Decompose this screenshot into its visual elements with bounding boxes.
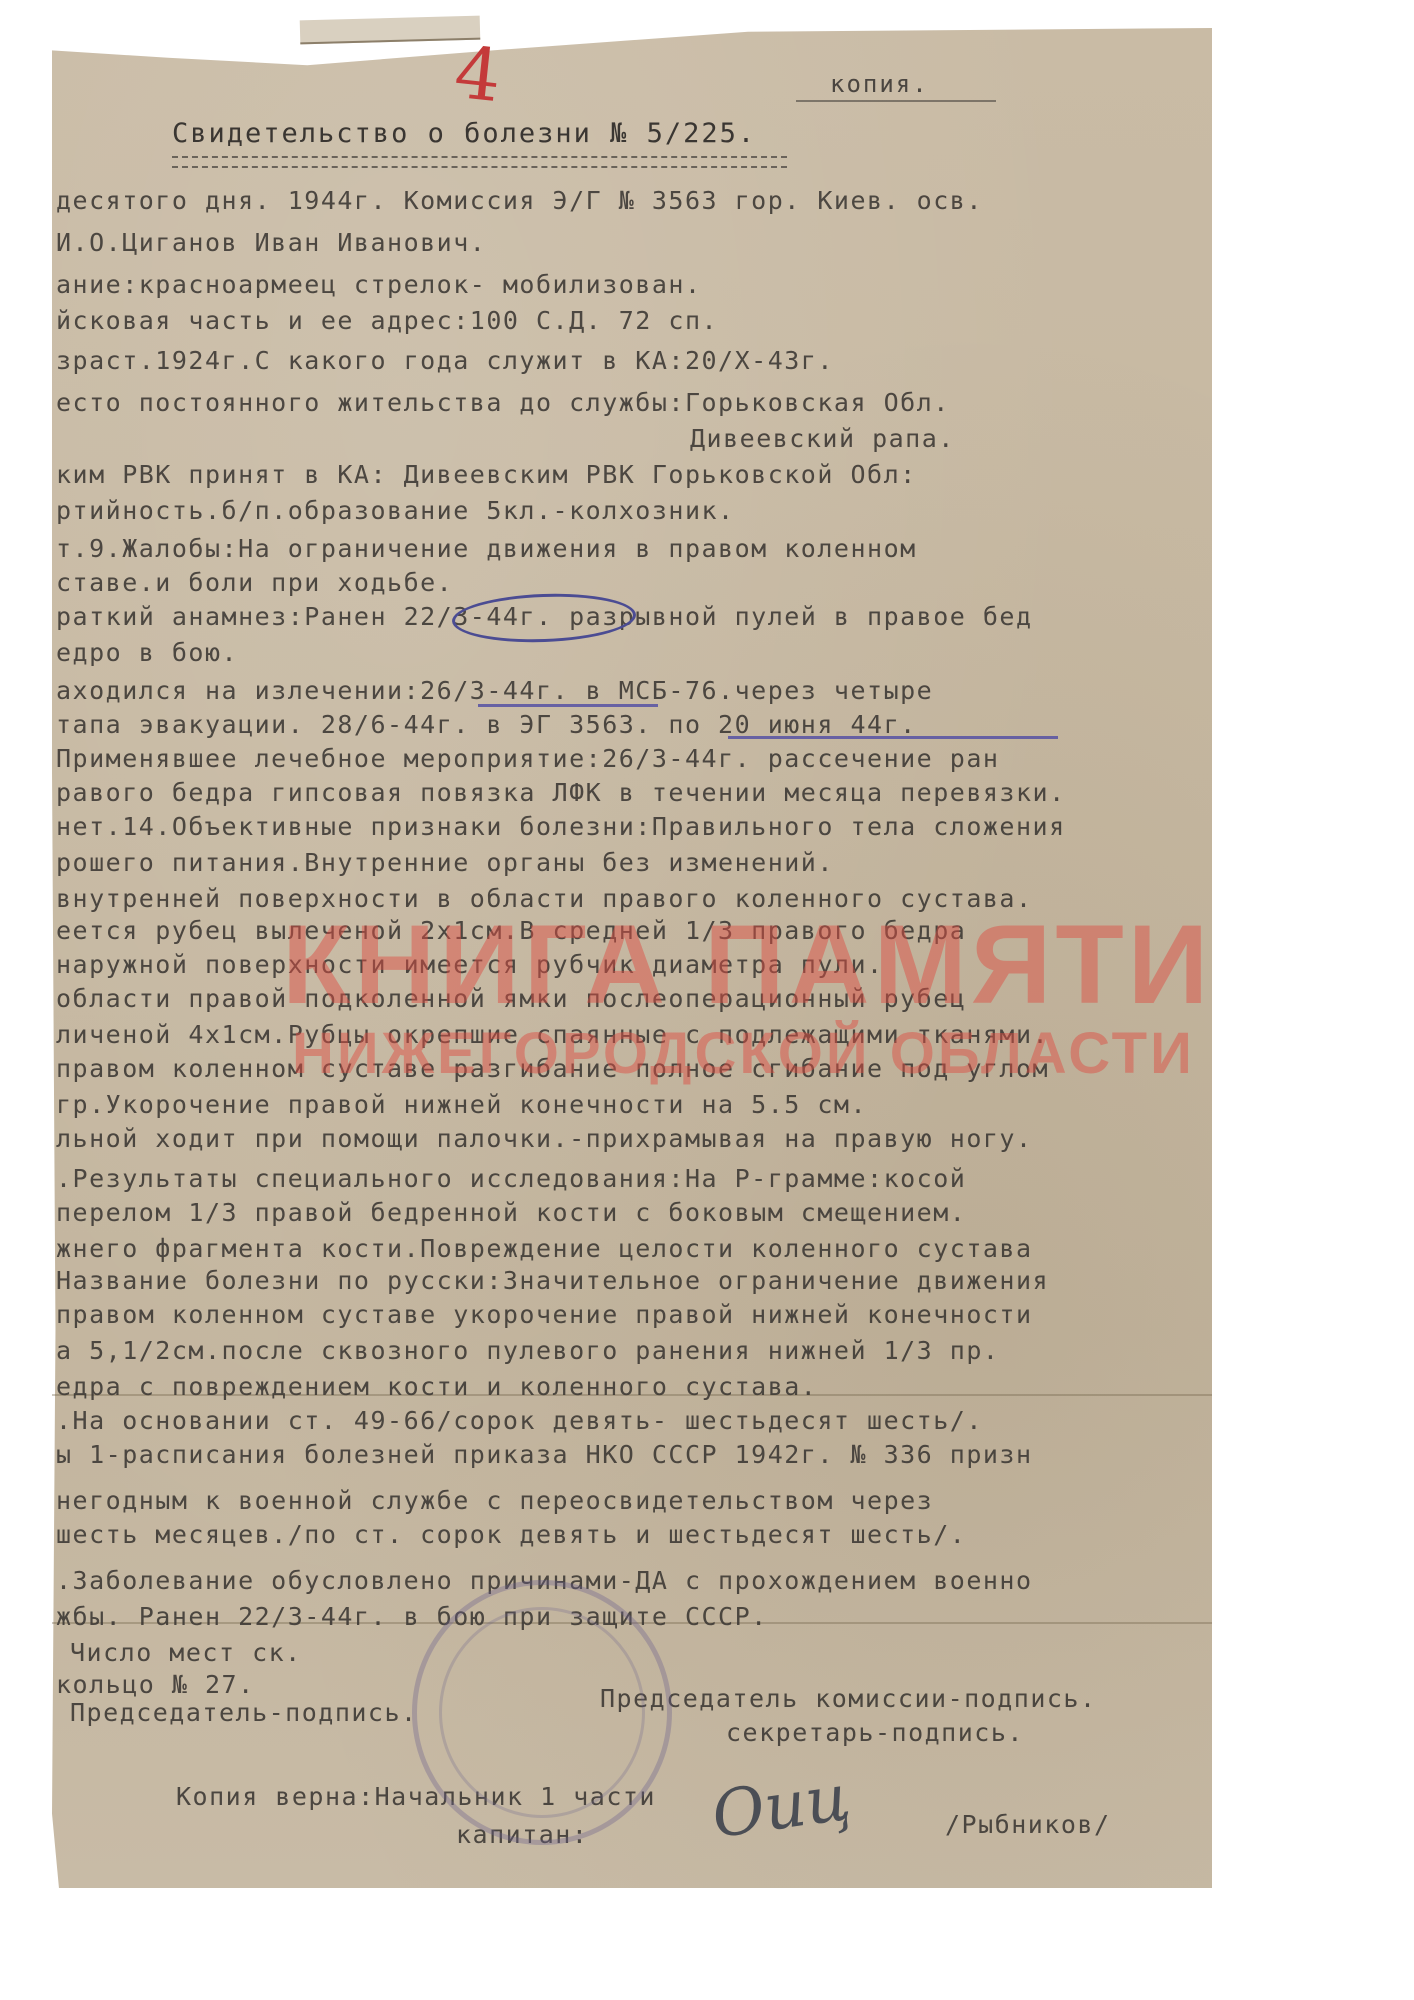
text-line: едро в бою. bbox=[56, 638, 238, 667]
text-line: Применявшее лечебное мероприятие:26/3-44… bbox=[56, 744, 999, 773]
text-line: И.О.Циганов Иван Иванович. bbox=[56, 228, 486, 257]
text-line: рошего питания.Внутренние органы без изм… bbox=[56, 848, 834, 877]
ink-underline bbox=[478, 704, 658, 707]
text-line: т.9.Жалобы:На ограничение движения в пра… bbox=[56, 534, 917, 563]
text-line: едра с повреждением кости и коленного су… bbox=[56, 1372, 817, 1401]
text-line: аходился на излечении:26/3-44г. в МСБ-76… bbox=[56, 676, 933, 705]
text-line: жнего фрагмента кости.Повреждение целост… bbox=[56, 1234, 1033, 1263]
text-line: йсковая часть и ее адрес:100 С.Д. 72 сп. bbox=[56, 306, 718, 335]
chairman-commission-signature-line: Председатель комиссии-подпись. bbox=[600, 1684, 1097, 1713]
text-line: льной ходит при помощи палочки.-прихрамы… bbox=[56, 1124, 1033, 1153]
text-line: ание:красноармеец стрелок- мобилизован. bbox=[56, 270, 702, 299]
text-line: тапа эвакуации. 28/6-44г. в ЭГ 3563. по … bbox=[56, 710, 917, 739]
signer-name: /Рыбников/ bbox=[945, 1810, 1111, 1839]
secretary-signature-line: секретарь-подпись. bbox=[726, 1718, 1024, 1747]
watermark-subtitle: НИЖЕГОРОДСКОЙ ОБЛАСТИ bbox=[292, 1020, 1195, 1087]
text-line: жбы. Ранен 22/3-44г. в бою при защите СС… bbox=[56, 1602, 768, 1631]
title-double-underline bbox=[172, 156, 787, 168]
document-title: Свидетельство о болезни № 5/225. bbox=[172, 118, 756, 149]
text-line: перелом 1/3 правой бедренной кости с бок… bbox=[56, 1198, 966, 1227]
text-line: Председатель-подпись. bbox=[70, 1698, 418, 1727]
text-line: негодным к военной службе с переосвидете… bbox=[56, 1486, 933, 1515]
text-line: а 5,1/2см.после сквозного пулевого ранен… bbox=[56, 1336, 999, 1365]
text-line: Название болезни по русски:Значительное … bbox=[56, 1266, 1049, 1295]
text-line: кольцо № 27. bbox=[56, 1670, 255, 1699]
text-line: Дивеевский рапа. bbox=[690, 424, 955, 453]
text-line: Число мест ск. bbox=[70, 1638, 302, 1667]
text-line: .Результаты специального исследования:На… bbox=[56, 1164, 966, 1193]
text-line: ставе.и боли при ходьбе. bbox=[56, 568, 453, 597]
text-line: есто постоянного жительства до службы:Го… bbox=[56, 388, 950, 417]
text-line: равого бедра гипсовая повязка ЛФК в тече… bbox=[56, 778, 1066, 807]
text-line: зраст.1924г.С какого года служит в КА:20… bbox=[56, 346, 834, 375]
scanned-document: 4 копия. Свидетельство о болезни № 5/225… bbox=[0, 0, 1414, 2000]
red-pencil-annotation: 4 bbox=[451, 30, 505, 118]
text-line: ртийность.б/п.образование 5кл.-колхозник… bbox=[56, 496, 735, 525]
text-line: ким РВК принят в КА: Дивеевским РВК Горь… bbox=[56, 460, 917, 489]
text-line: десятого дня. 1944г. Комиссия Э/Г № 3563… bbox=[56, 186, 983, 215]
watermark-title: КНИГА ПАМЯТИ bbox=[282, 900, 1212, 1029]
text-line: правом коленном суставе укорочение право… bbox=[56, 1300, 1033, 1329]
text-line: .На основании ст. 49-66/сорок девять- ше… bbox=[56, 1406, 983, 1435]
text-line: шесть месяцев./по ст. сорок девять и шес… bbox=[56, 1520, 966, 1549]
text-line: нет.14.Объективные признаки болезни:Прав… bbox=[56, 812, 1066, 841]
text-line: ы 1-расписания болезней приказа НКО СССР… bbox=[56, 1440, 1033, 1469]
copy-mark-rule bbox=[796, 100, 996, 102]
text-line: гр.Укорочение правой нижней конечности н… bbox=[56, 1090, 867, 1119]
torn-paper-edge bbox=[300, 16, 481, 45]
round-seal-stamp bbox=[412, 1580, 672, 1845]
ink-underline bbox=[728, 736, 1058, 739]
copy-mark: копия. bbox=[830, 70, 929, 98]
